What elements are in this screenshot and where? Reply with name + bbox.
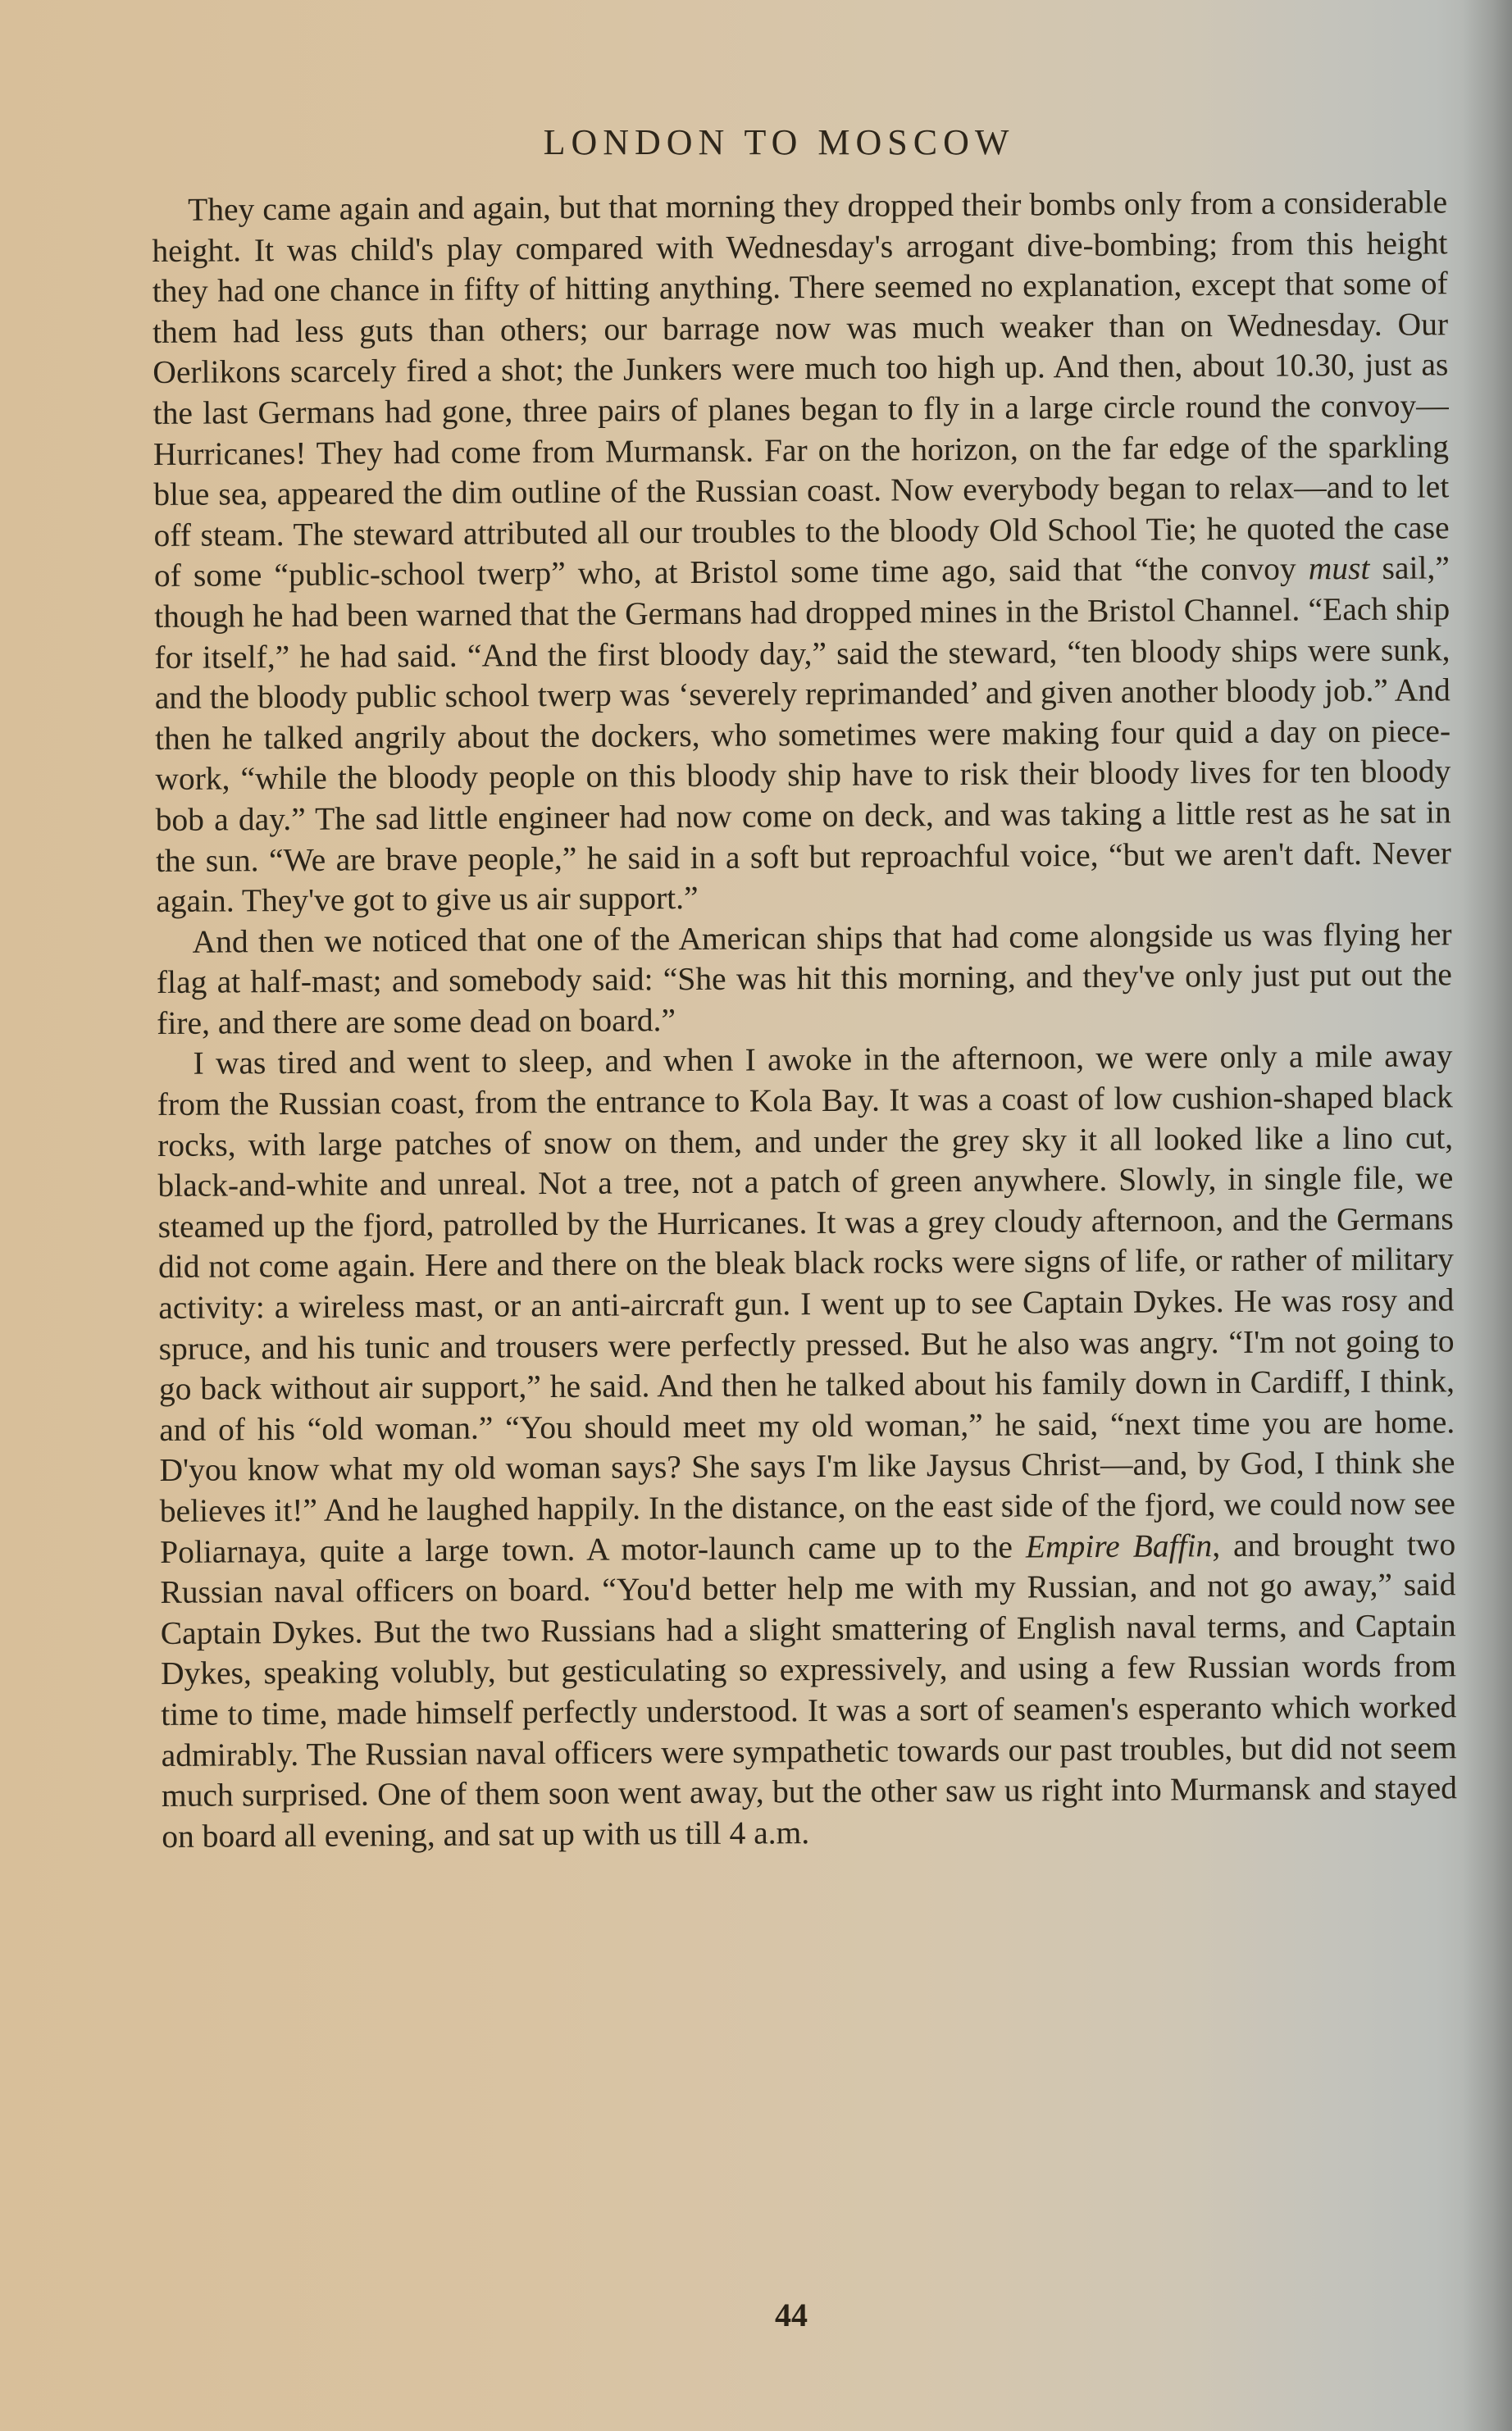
running-head: LONDON TO MOSCOW (0, 121, 1512, 163)
text-segment: , and brought two Russian naval officers… (160, 1526, 1457, 1855)
text-segment: sail,” though he had been warned that th… (154, 550, 1451, 919)
ship-name-empire-baffin: Empire Baffin (1026, 1527, 1213, 1564)
text-segment: They came again and again, but that morn… (152, 184, 1449, 594)
page-number: 44 (0, 2296, 1512, 2334)
paragraph-2: And then we noticed that one of the Amer… (156, 914, 1452, 1044)
emphasis-must: must (1309, 550, 1370, 586)
body-text: They came again and again, but that morn… (152, 182, 1457, 1857)
page-edge-shadow (1463, 0, 1512, 2431)
text-segment: I was tired and went to sleep, and when … (157, 1038, 1455, 1570)
paragraph-1: They came again and again, but that morn… (152, 182, 1451, 922)
text-segment: And then we noticed that one of the Amer… (157, 916, 1452, 1041)
paragraph-3: I was tired and went to sleep, and when … (157, 1036, 1457, 1858)
